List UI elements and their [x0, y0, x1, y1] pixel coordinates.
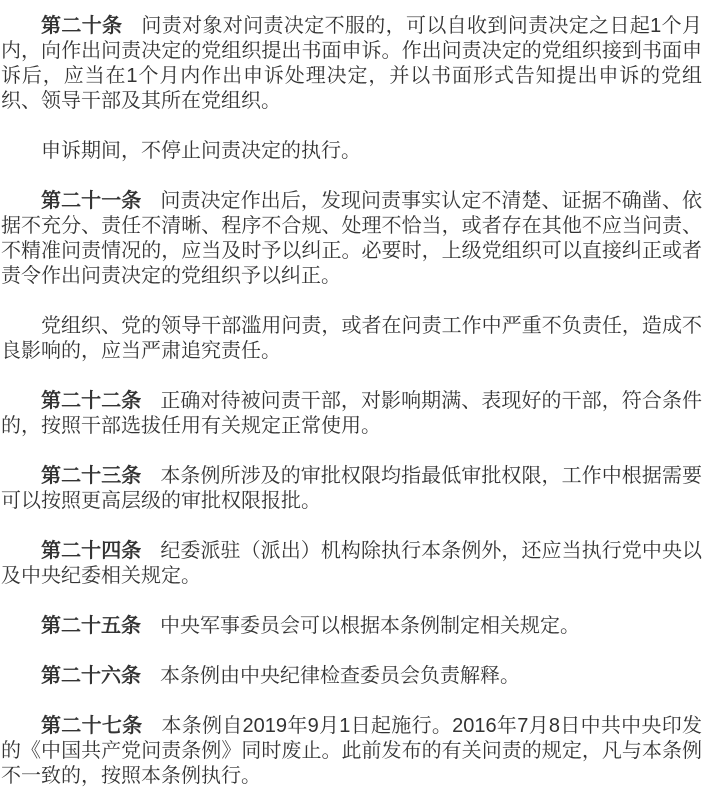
document-page: 第二十条问责对象对问责决定不服的，可以自收到问责决定之日起1个月内，向作出问责决…	[0, 0, 703, 788]
article-20-number: 第二十条	[41, 15, 122, 37]
article-21-paragraph: 第二十一条问责决定作出后，发现问责事实认定不清楚、证据不确凿、依据不充分、责任不…	[1, 189, 702, 289]
article-21-number: 第二十一条	[41, 190, 141, 212]
article-26-text: 本条例由中央纪律检查委员会负责解释。	[160, 665, 520, 687]
article-20-appeal-note: 申诉期间，不停止问责决定的执行。	[1, 139, 702, 164]
article-21-misuse-note-text: 党组织、党的领导干部滥用问责，或者在问责工作中严重不负责任，造成不良影响的，应当…	[1, 315, 702, 362]
article-21-misuse-note: 党组织、党的领导干部滥用问责，或者在问责工作中严重不负责任，造成不良影响的，应当…	[1, 314, 702, 364]
article-22-paragraph: 第二十二条正确对待被问责干部，对影响期满、表现好的干部，符合条件的，按照干部选拔…	[1, 389, 702, 439]
article-20-appeal-note-text: 申诉期间，不停止问责决定的执行。	[41, 140, 361, 162]
article-23-number: 第二十三条	[41, 465, 141, 487]
article-24-paragraph: 第二十四条纪委派驻（派出）机构除执行本条例外，还应当执行党中央以及中央纪委相关规…	[1, 539, 702, 589]
article-26-paragraph: 第二十六条本条例由中央纪律检查委员会负责解释。	[1, 664, 702, 689]
article-25-paragraph: 第二十五条中央军事委员会可以根据本条例制定相关规定。	[1, 614, 702, 639]
article-23-paragraph: 第二十三条本条例所涉及的审批权限均指最低审批权限，工作中根据需要可以按照更高层级…	[1, 464, 702, 514]
article-27-paragraph: 第二十七条本条例自2019年9月1日起施行。2016年7月8日中共中央印发的《中…	[1, 714, 702, 788]
article-25-number: 第二十五条	[41, 615, 141, 637]
article-24-number: 第二十四条	[41, 540, 141, 562]
article-22-number: 第二十二条	[41, 390, 141, 412]
article-20-paragraph: 第二十条问责对象对问责决定不服的，可以自收到问责决定之日起1个月内，向作出问责决…	[1, 14, 702, 114]
article-27-number: 第二十七条	[41, 715, 142, 737]
document-body: 第二十条问责对象对问责决定不服的，可以自收到问责决定之日起1个月内，向作出问责决…	[1, 14, 702, 788]
article-26-number: 第二十六条	[41, 665, 141, 687]
article-25-text: 中央军事委员会可以根据本条例制定相关规定。	[160, 615, 580, 637]
